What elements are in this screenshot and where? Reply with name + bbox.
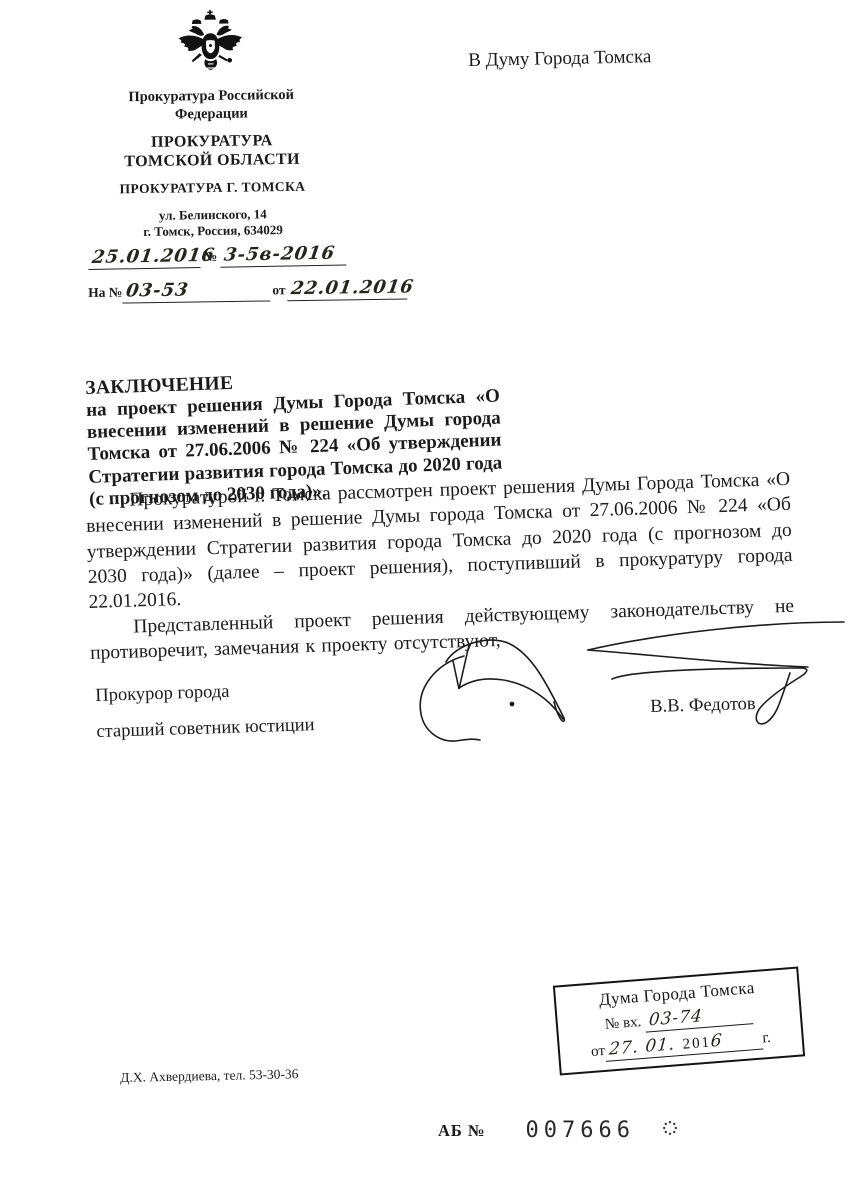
outgoing-number-handwritten: 3-5в-2016 — [223, 243, 337, 266]
letterhead-federal-line2: Федерации — [71, 103, 351, 125]
stamp-year-digit-handwritten: 6 — [710, 1031, 723, 1052]
stamp-year-suffix: г. — [762, 1030, 771, 1047]
document-page: Прокуратура Российской Федерации ПРОКУРА… — [0, 0, 850, 1192]
conclusion-body: Прокуратурой г. Томска рассмотрен проект… — [85, 467, 795, 666]
incoming-ref-date-handwritten: 22.01.2016 — [290, 276, 416, 299]
dotted-star-icon — [661, 1119, 679, 1137]
form-series-label: АБ № — [438, 1121, 486, 1141]
outgoing-date-field: 25.01.2016 — [88, 245, 200, 270]
outgoing-date-handwritten: 25.01.2016 — [91, 245, 217, 268]
incoming-ref-label: На № — [88, 285, 122, 300]
stamp-entry-number-label: № вх. — [604, 1014, 642, 1033]
incoming-ref-date-label: от — [270, 282, 287, 297]
signature-position-line1: Прокурор города — [95, 679, 314, 707]
incoming-ref-date-field: 22.01.2016 — [287, 277, 407, 302]
coat-of-arms-icon — [176, 10, 245, 82]
incoming-stamp: Дума Города Томска № вх. 03-74 от27. 01.… — [553, 966, 805, 1075]
form-number: 007666 — [526, 1118, 635, 1143]
outgoing-ref-line: 25.01.2016№3-5в-2016 — [88, 242, 346, 270]
executor-contact: Д.Х. Ахвердиева, тел. 53-30-36 — [120, 1066, 299, 1086]
stamp-date-handwritten: 27. 01. — [608, 1034, 676, 1059]
stamp-entry-number-field: 03-74 — [644, 1002, 753, 1032]
letterhead-city-line: ПРОКУРАТУРА Г. ТОМСКА — [72, 178, 352, 198]
letterhead: Прокуратура Российской Федерации ПРОКУРА… — [70, 8, 353, 241]
letterhead-address-line2: г. Томск, Россия, 634029 — [73, 221, 353, 241]
stamp-date-label: от — [590, 1043, 605, 1060]
stamp-year-printed: 201 — [682, 1035, 712, 1053]
addressee-line: В Думу Города Томска — [468, 46, 652, 72]
incoming-ref-line: На №03-53от22.01.2016 — [88, 277, 408, 304]
incoming-ref-number-handwritten: 03-53 — [125, 280, 191, 302]
incoming-ref-number-field: 03-53 — [122, 278, 270, 303]
signatory-name: В.В. Федотов — [650, 694, 756, 718]
stamp-entry-number-handwritten: 03-74 — [648, 1006, 703, 1030]
outgoing-number-field: 3-5в-2016 — [220, 242, 346, 267]
body-paragraph: Прокуратурой г. Томска рассмотрен проект… — [85, 467, 794, 616]
signature-position-line2: старший советник юстиции — [96, 715, 315, 743]
form-number-line: АБ № 007666 — [438, 1118, 679, 1143]
letterhead-regional-line2: ТОМСКОЙ ОБЛАСТИ — [72, 150, 352, 173]
signature-position-block: Прокурор города старший советник юстиции — [95, 679, 315, 743]
